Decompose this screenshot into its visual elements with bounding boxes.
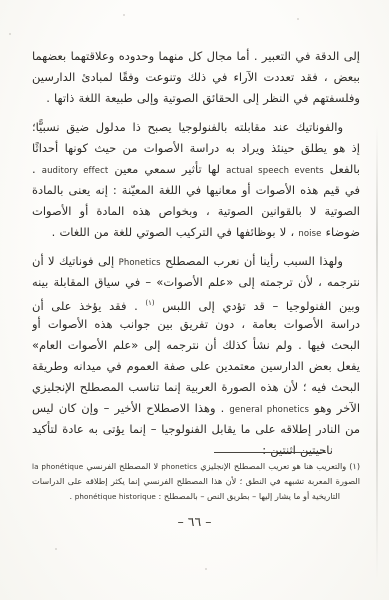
text-line: وفلسفتهم في النظر إلى الحقائق الصوتية وإ… — [32, 88, 360, 109]
arabic-text: إلى الدقة في التعبير . أما مجال كل منهما… — [32, 49, 360, 63]
arabic-text: دراسة الأصوات بعامة ، دون تفريق بين جوان… — [32, 317, 360, 335]
arabic-text: الآخر وهو — [309, 401, 360, 415]
footnote-marker: (١) — [145, 299, 154, 307]
text-line: ببعض ، فقد تعددت الآراء في ذلك وتنوعت وف… — [32, 67, 360, 88]
arabic-text: لها تأثير سمعي معين — [108, 162, 226, 176]
arabic-text: يفعل بعض الدارسين معتمدين على صفة العموم… — [32, 359, 360, 373]
arabic-text: من النادر إطلاقه على ما يقابل الفنولوجيا… — [32, 422, 360, 436]
arabic-text: نترجمه ، لأن ترجمته إلى «علم الأصوات» – … — [32, 275, 360, 289]
text-line: البحث فيه ؛ لأن هذه الصورة العربية إنما … — [32, 377, 360, 398]
text-line: دراسة الأصوات بعامة ، دون تفريق بين جوان… — [32, 314, 360, 335]
text-line: نترجمه ، لأن ترجمته إلى «علم الأصوات» – … — [32, 272, 360, 293]
arabic-text: والفوناتيك عند مقابلته بالفنولوجيا يصبح … — [32, 120, 343, 134]
text-line: ولهذا السبب رأينا أن نعرب المصطلح Phonet… — [32, 251, 360, 272]
paragraph: إلى الدقة في التعبير . أما مجال كل منهما… — [32, 46, 360, 109]
scan-speck — [55, 548, 57, 550]
text-line: التاريخية أو ما يشار إليها – بطريق النص … — [32, 489, 360, 504]
arabic-text: التاريخية أو ما يشار إليها – بطريق النص … — [156, 491, 340, 501]
arabic-text: الصوتية لا بالقوانين الصوتية ، وبخواص هذ… — [32, 204, 360, 222]
arabic-text: البحث فيها . ولم نشأ كذلك أن نترجمه إلى … — [32, 338, 360, 356]
text-line: من النادر إطلاقه على ما يقابل الفنولوجيا… — [32, 419, 360, 440]
text-line: الآخر وهو general phonetics . وهذا الاصط… — [32, 398, 360, 419]
arabic-text: ولهذا السبب رأينا أن نعرب المصطلح — [161, 254, 343, 268]
paragraph: ولهذا السبب رأينا أن نعرب المصطلح Phonet… — [32, 251, 360, 461]
arabic-text: ، لا بوظائفها في التركيب الصوتي للغة من … — [52, 225, 299, 239]
paragraph: والفوناتيك عند مقابلته بالفنولوجيا يصبح … — [32, 117, 360, 243]
latin-term: phonetics — [161, 462, 197, 471]
scanned-page: إلى الدقة في التعبير . أما مجال كل منهما… — [0, 0, 389, 600]
text-line: بالفعل actual speech events لها تأثير سم… — [32, 159, 360, 180]
arabic-text: وبين الفنولوجيا – قد تؤدي إلى اللبس — [155, 299, 360, 313]
arabic-text: ببعض ، فقد تعددت الآراء في ذلك وتنوعت وف… — [32, 70, 360, 84]
arabic-text: ضوضاء — [321, 225, 360, 239]
text-line: ضوضاء noise ، لا بوظائفها في التركيب الص… — [32, 222, 360, 243]
text-line: يفعل بعض الدارسين معتمدين على صفة العموم… — [32, 356, 360, 377]
scan-speck — [297, 18, 299, 20]
arabic-text: (١) والتعريب هنا هو تعريب المصطلح الإنجل… — [197, 461, 360, 471]
latin-term: la phonétique — [32, 462, 83, 471]
footnote-lines: (١) والتعريب هنا هو تعريب المصطلح الإنجل… — [32, 459, 360, 504]
text-line: إلى الدقة في التعبير . أما مجال كل منهما… — [32, 46, 360, 67]
scan-speck — [123, 14, 125, 16]
scan-edge-shadow — [376, 125, 378, 580]
arabic-text: إذ هو يطلق حينئذ ويراد به دراسة الأصوات … — [32, 141, 360, 159]
text-line: في قيم هذه الأصوات أو معانيها في اللغة ا… — [32, 180, 360, 201]
arabic-text: بالفعل — [324, 162, 360, 176]
arabic-text: . وهذا الاصطلاح الأخير – وإن كان ليس — [32, 401, 229, 415]
text-line: (١) والتعريب هنا هو تعريب المصطلح الإنجل… — [32, 459, 360, 474]
text-line: البحث فيها . ولم نشأ كذلك أن نترجمه إلى … — [32, 335, 360, 356]
latin-term: general phonetics — [229, 405, 309, 415]
arabic-text: لا المصطلح الفرنسي — [83, 461, 161, 471]
text-line: والفوناتيك عند مقابلته بالفنولوجيا يصبح … — [32, 117, 360, 138]
footnote-separator — [214, 452, 326, 453]
arabic-text: الصورة المعربة تشبهه في النطق ؛ لأن هذا … — [32, 476, 360, 489]
text-line: إذ هو يطلق حينئذ ويراد به دراسة الأصوات … — [32, 138, 360, 159]
latin-term: Phonetics — [119, 258, 161, 268]
scan-speck — [9, 33, 11, 35]
latin-term: auditory effect — [42, 166, 109, 176]
arabic-text: البحث فيه ؛ لأن هذه الصورة العربية إنما … — [32, 380, 360, 394]
body-text: إلى الدقة في التعبير . أما مجال كل منهما… — [32, 46, 360, 461]
arabic-text: في قيم هذه الأصوات أو معانيها في اللغة ا… — [32, 183, 360, 197]
scan-speck — [205, 568, 207, 570]
latin-term: noise — [298, 229, 321, 239]
text-line: الصورة المعربة تشبهه في النطق ؛ لأن هذا … — [32, 474, 360, 489]
arabic-text: وفلسفتهم في النظر إلى الحقائق الصوتية وإ… — [46, 91, 360, 105]
text-line: وبين الفنولوجيا – قد تؤدي إلى اللبس (١) … — [32, 293, 360, 314]
latin-term: phonétique historique — [75, 492, 156, 501]
page-number: – ٦٦ – — [0, 514, 389, 529]
text-line: الصوتية لا بالقوانين الصوتية ، وبخواص هذ… — [32, 201, 360, 222]
footnote: (١) والتعريب هنا هو تعريب المصطلح الإنجل… — [32, 452, 360, 504]
arabic-text: إلى فوناتيك لا أن — [32, 254, 119, 268]
latin-term: actual speech events — [226, 166, 323, 176]
